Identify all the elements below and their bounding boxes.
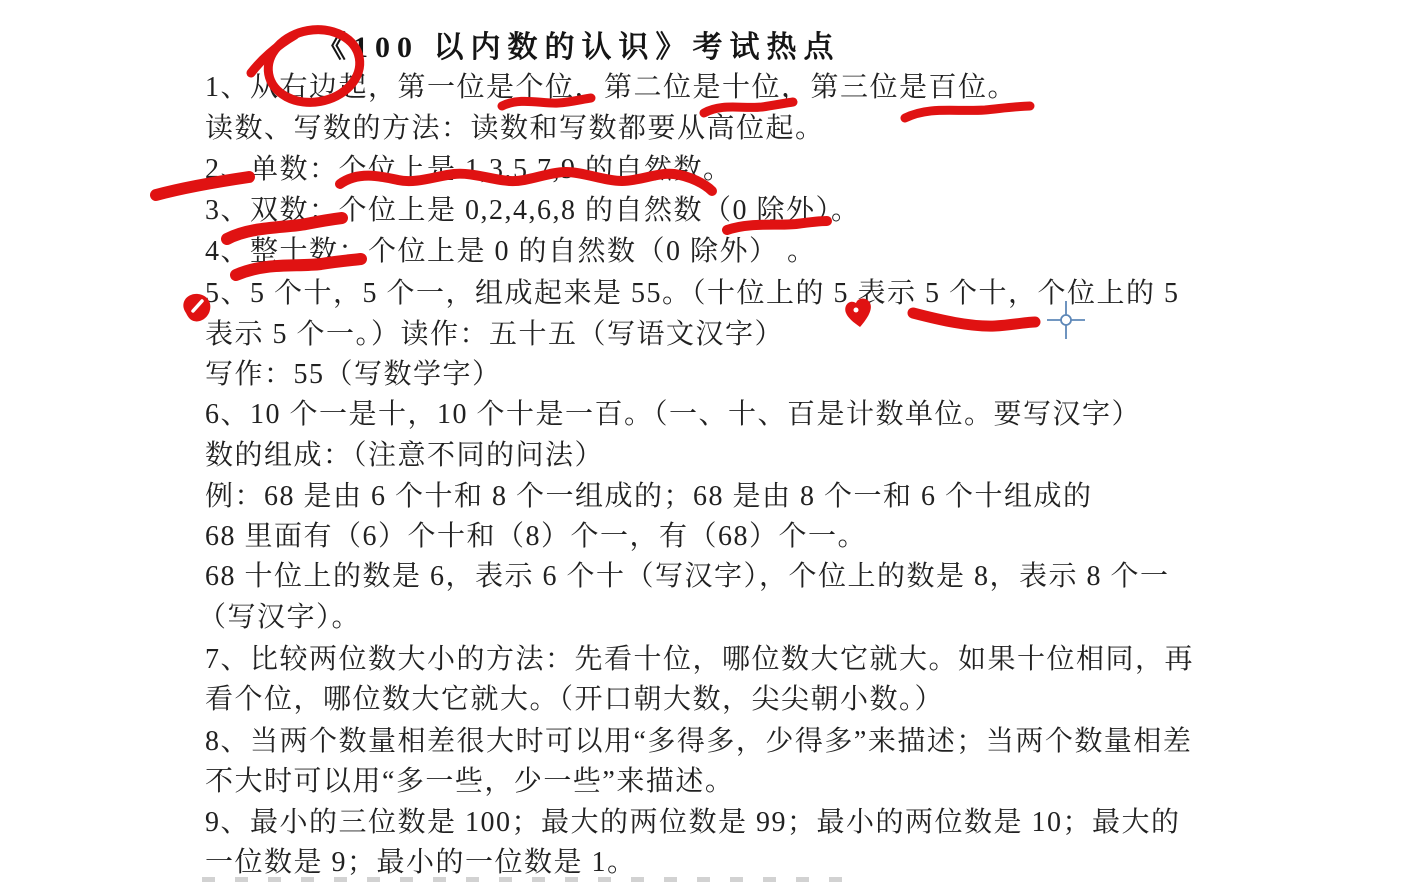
text-line-17: 8、当两个数量相差很大时可以用“多得多，少得多”来描述；当两个数量相差: [205, 724, 1192, 759]
document-page: 《100 以内数的认识》考试热点 1、从右边起，第一位是个位，第二位是十位，第三…: [0, 0, 1412, 882]
red-underline-bai-wei-icon: [905, 106, 1030, 118]
text-line-12: 68 里面有（6）个十和（8）个一，有（68）个一。: [205, 519, 867, 554]
red-ink-blob-left-highlight: [193, 301, 202, 311]
text-line-14: （写汉字）。: [198, 600, 361, 635]
text-line-13: 68 十位上的数是 6，表示 6 个十（写汉字），个位上的数是 8，表示 8 个…: [205, 559, 1170, 594]
text-line-10: 数的组成：（注意不同的问法）: [205, 438, 604, 473]
text-line-1: 1、从右边起，第一位是个位，第二位是十位，第三位是百位。: [205, 70, 1017, 105]
text-line-8: 写作：55（写数学字）: [205, 357, 502, 392]
text-line-5: 4、整十数：个位上是 0 的自然数（0 除外） 。: [205, 234, 817, 269]
red-circle-tail-stroke: [251, 35, 295, 73]
clipped-next-line: [202, 877, 852, 882]
red-stroke-under-ge-wei-shang-de-5-icon: [913, 313, 1035, 326]
text-line-6: 5、5 个十，5 个一，组成起来是 55。（十位上的 5 表示 5 个十，个位上…: [205, 276, 1180, 311]
text-line-11: 例：68 是由 6 个十和 8 个一组成的；68 是由 8 个一和 6 个十组成…: [205, 479, 1093, 514]
text-line-2: 读数、写数的方法：读数和写数都要从高位起。: [205, 111, 825, 146]
text-line-15: 7、比较两位数大小的方法：先看十位，哪位数大它就大。如果十位相同，再: [205, 642, 1194, 677]
text-line-4: 3、双数：个位上是 0,2,4,6,8 的自然数（0 除外）。: [205, 193, 861, 228]
page-title: 《100 以内数的认识》考试热点: [316, 22, 841, 66]
text-line-7: 表示 5 个一。）读作：五十五（写语文汉字）: [205, 317, 784, 352]
text-line-19: 9、最小的三位数是 100；最大的两位数是 99；最小的两位数是 10；最大的: [205, 805, 1181, 840]
text-line-16: 看个位，哪位数大它就大。（开口朝大数，尖尖朝小数。）: [205, 682, 944, 717]
text-line-18: 不大时可以用“多一些，少一些”来描述。: [205, 764, 734, 799]
text-line-9: 6、10 个一是十，10 个十是一百。（一、十、百是计数单位。要写汉字）: [205, 397, 1141, 432]
text-line-3: 2、单数：个位上是 1,3,5,7,9 的自然数。: [205, 152, 733, 187]
text-line-20: 一位数是 9；最小的一位数是 1。: [205, 845, 637, 880]
